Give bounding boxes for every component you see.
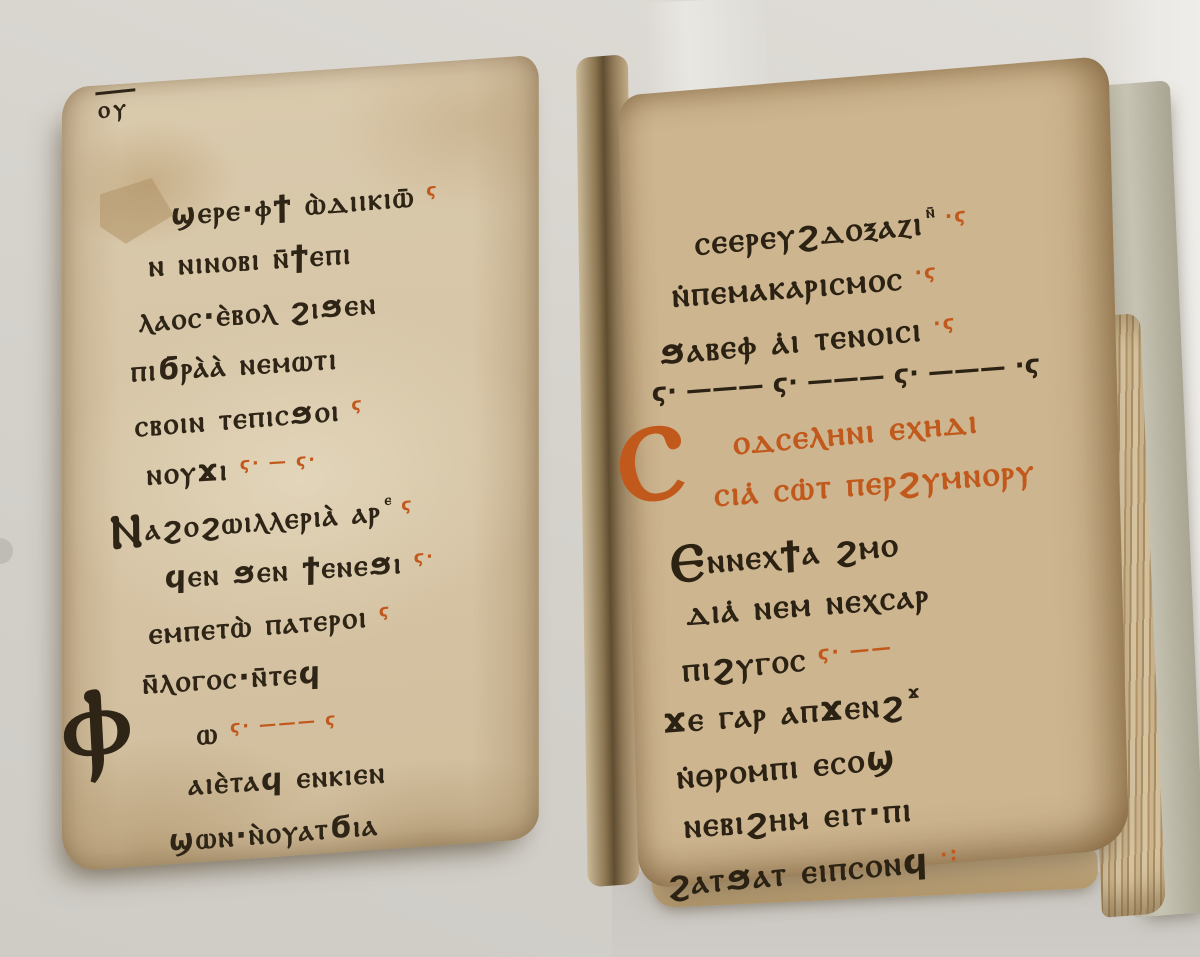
left-text-block: ϣⲉⲣⲉ·ⲫϯ ⲱ̀ⲇⲓⲓⲕⲓⲱ̄ϛ ⲛ ⲛⲓⲛⲟⲃⲓ ⲛ̄ϯⲉⲡⲓ ⲗⲁⲟⲥ·… <box>110 152 529 859</box>
left-page: ⲟⲩ Ⲫ ϣⲉⲣⲉ·ⲫϯ ⲱ̀ⲇⲓⲓⲕⲓⲱ̄ϛ ⲛ ⲛⲓⲛⲟⲃⲓ ⲛ̄ϯⲉⲡⲓ … <box>62 55 539 872</box>
manuscript-photo: ⲟⲩ Ⲫ ϣⲉⲣⲉ·ⲫϯ ⲱ̀ⲇⲓⲓⲕⲓⲱ̄ϛ ⲛ ⲛⲓⲛⲟⲃⲓ ⲛ̄ϯⲉⲡⲓ … <box>0 0 1200 957</box>
right-text-block: ⲥⲉⲉⲣⲉⲩϩⲇⲟⲝⲁⲍⲓⲛ̄·ϛ ⲛ̇ⲡⲉⲙⲁⲕⲁⲣⲓⲥⲙⲟⲥ·ϛ ϧⲁⲃⲉⲫ… <box>647 173 1114 900</box>
right-page: Ⲥ ⲥⲉⲉⲣⲉⲩϩⲇⲟⲝⲁⲍⲓⲛ̄·ϛ ⲛ̇ⲡⲉⲙⲁⲕⲁⲣⲓⲥⲙⲟⲥ·ϛ ϧⲁⲃ… <box>618 56 1129 889</box>
background-smudge <box>0 538 13 564</box>
folio-mark: ⲟⲩ <box>95 88 136 124</box>
